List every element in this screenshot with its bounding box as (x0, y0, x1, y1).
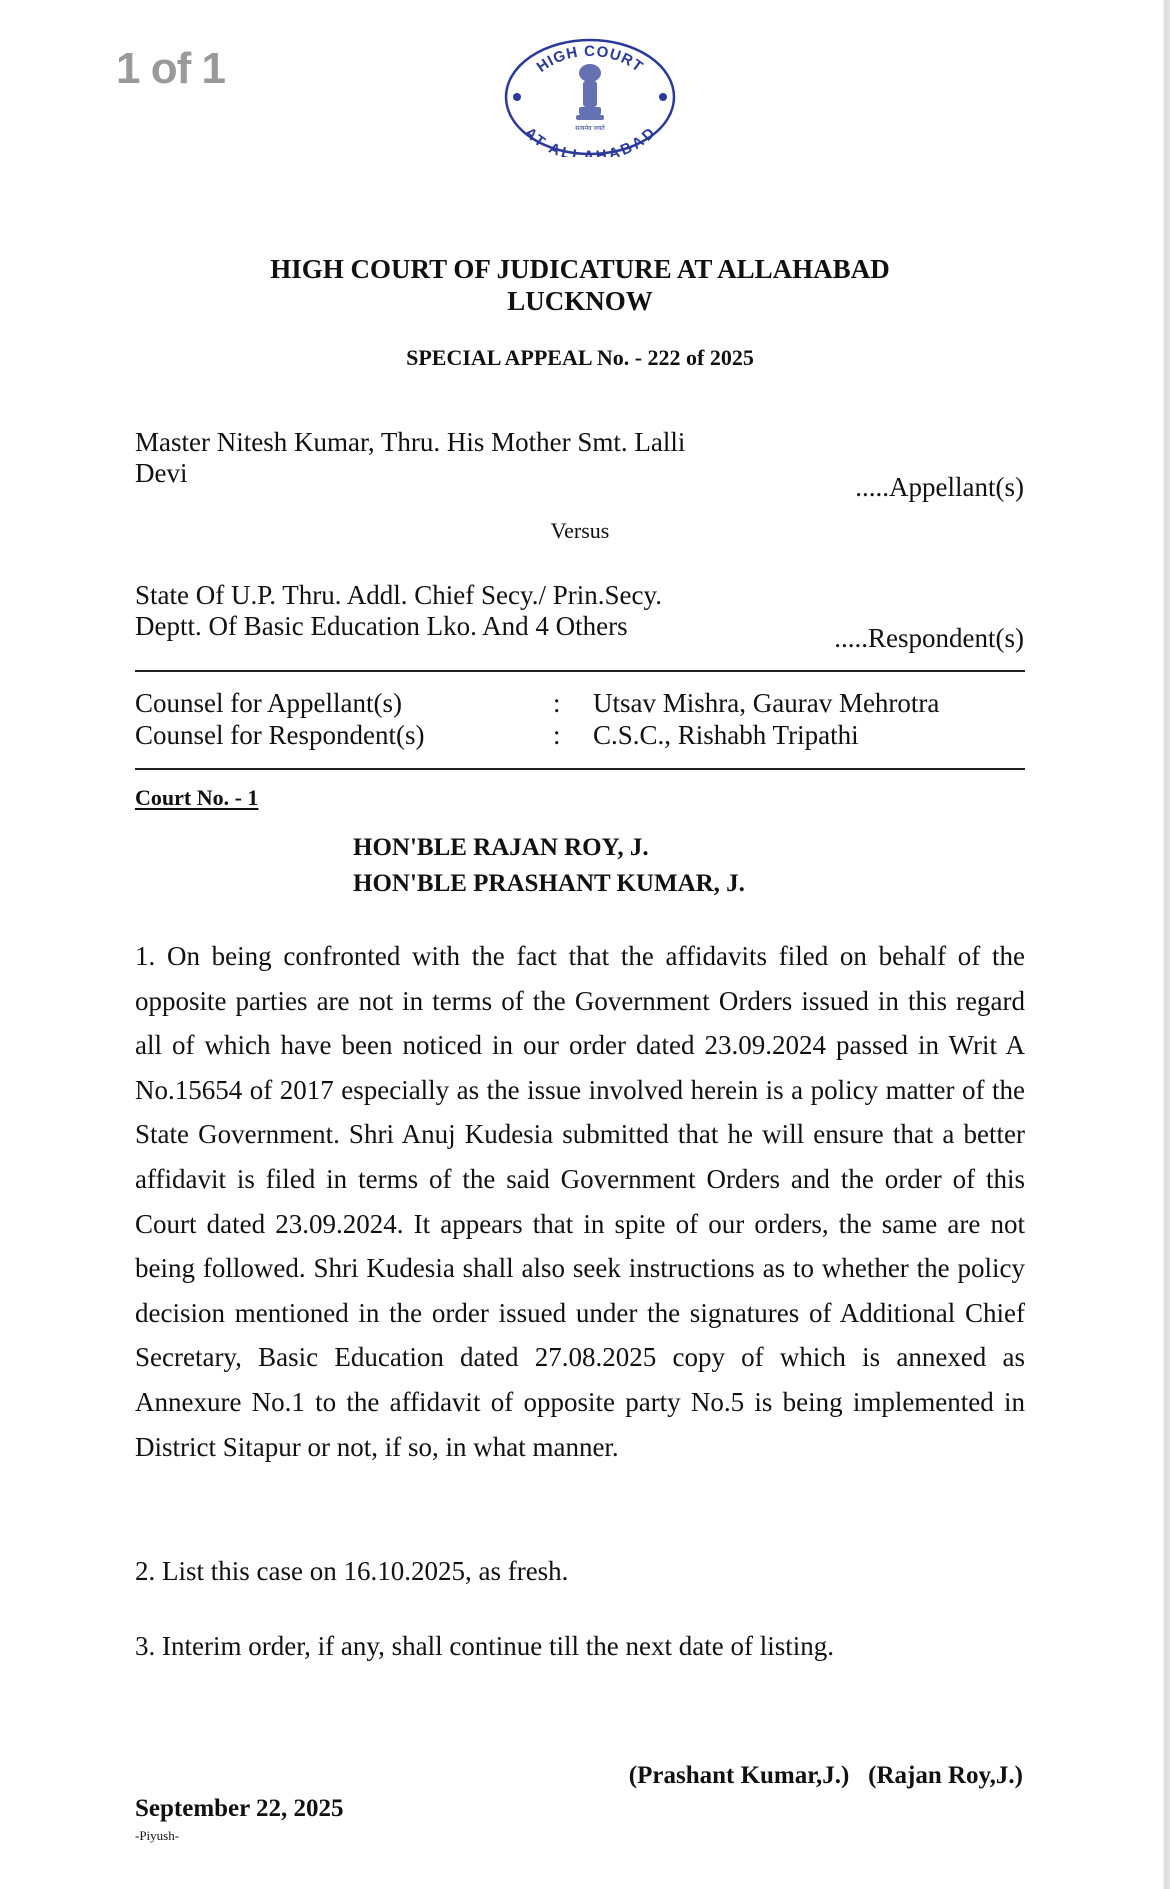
appellant-name: Master Nitesh Kumar, Thru. His Mother Sm… (135, 427, 685, 489)
high-court-seal-icon: HIGH COURT AT ALLAHABAD सत्यमेव जयते (503, 37, 677, 157)
case-number: SPECIAL APPEAL No. - 222 of 2025 (0, 345, 1160, 371)
respondent-line-2: Deptt. Of Basic Education Lko. And 4 Oth… (135, 611, 662, 642)
judge-2: HON'BLE PRASHANT KUMAR, J. (353, 866, 745, 902)
court-name: HIGH COURT OF JUDICATURE AT ALLAHABAD (0, 253, 1160, 285)
counsel-value: C.S.C., Rishabh Tripathi (593, 720, 859, 751)
stenographer-initials: -Piyush- (135, 1828, 179, 1844)
bench-judges: HON'BLE RAJAN ROY, J. HON'BLE PRASHANT K… (353, 830, 745, 902)
bench-name: LUCKNOW (0, 285, 1160, 317)
counsel-label: Counsel for Respondent(s) (135, 720, 424, 751)
appellant-line-1: Master Nitesh Kumar, Thru. His Mother Sm… (135, 427, 685, 458)
divider-top (135, 670, 1025, 672)
order-paragraph-2: 2. List this case on 16.10.2025, as fres… (135, 1549, 1025, 1594)
versus-label: Versus (0, 518, 1160, 544)
svg-text:सत्यमेव जयते: सत्यमेव जयते (575, 124, 605, 132)
judge-signatures: (Prashant Kumar,J.) (Rajan Roy,J.) (629, 1762, 1023, 1790)
counsel-value: Utsav Mishra, Gaurav Mehrotra (593, 688, 939, 719)
order-date: September 22, 2025 (135, 1795, 344, 1823)
court-name-heading: HIGH COURT OF JUDICATURE AT ALLAHABAD LU… (0, 253, 1160, 317)
judge-1: HON'BLE RAJAN ROY, J. (353, 830, 745, 866)
counsel-row-appellant: Counsel for Appellant(s) : Utsav Mishra,… (135, 688, 1035, 720)
respondent-name: State Of U.P. Thru. Addl. Chief Secy./ P… (135, 580, 662, 642)
counsel-separator: : (553, 720, 561, 751)
appellant-role: .....Appellant(s) (855, 472, 1024, 503)
respondent-role: .....Respondent(s) (834, 623, 1024, 654)
order-paragraph-3: 3. Interim order, if any, shall continue… (135, 1624, 1025, 1669)
counsel-label: Counsel for Appellant(s) (135, 688, 402, 719)
court-number: Court No. - 1 (135, 785, 258, 811)
counsel-row-respondent: Counsel for Respondent(s) : C.S.C., Rish… (135, 720, 1035, 752)
appellant-line-2: Devi (135, 458, 685, 489)
respondent-line-1: State Of U.P. Thru. Addl. Chief Secy./ P… (135, 580, 662, 611)
page-edge-scrollbar[interactable] (1163, 0, 1170, 1889)
counsel-separator: : (553, 688, 561, 719)
divider-bottom (135, 768, 1025, 770)
page-indicator: 1 of 1 (116, 44, 225, 94)
order-paragraph-1: 1. On being confronted with the fact tha… (135, 934, 1025, 1469)
